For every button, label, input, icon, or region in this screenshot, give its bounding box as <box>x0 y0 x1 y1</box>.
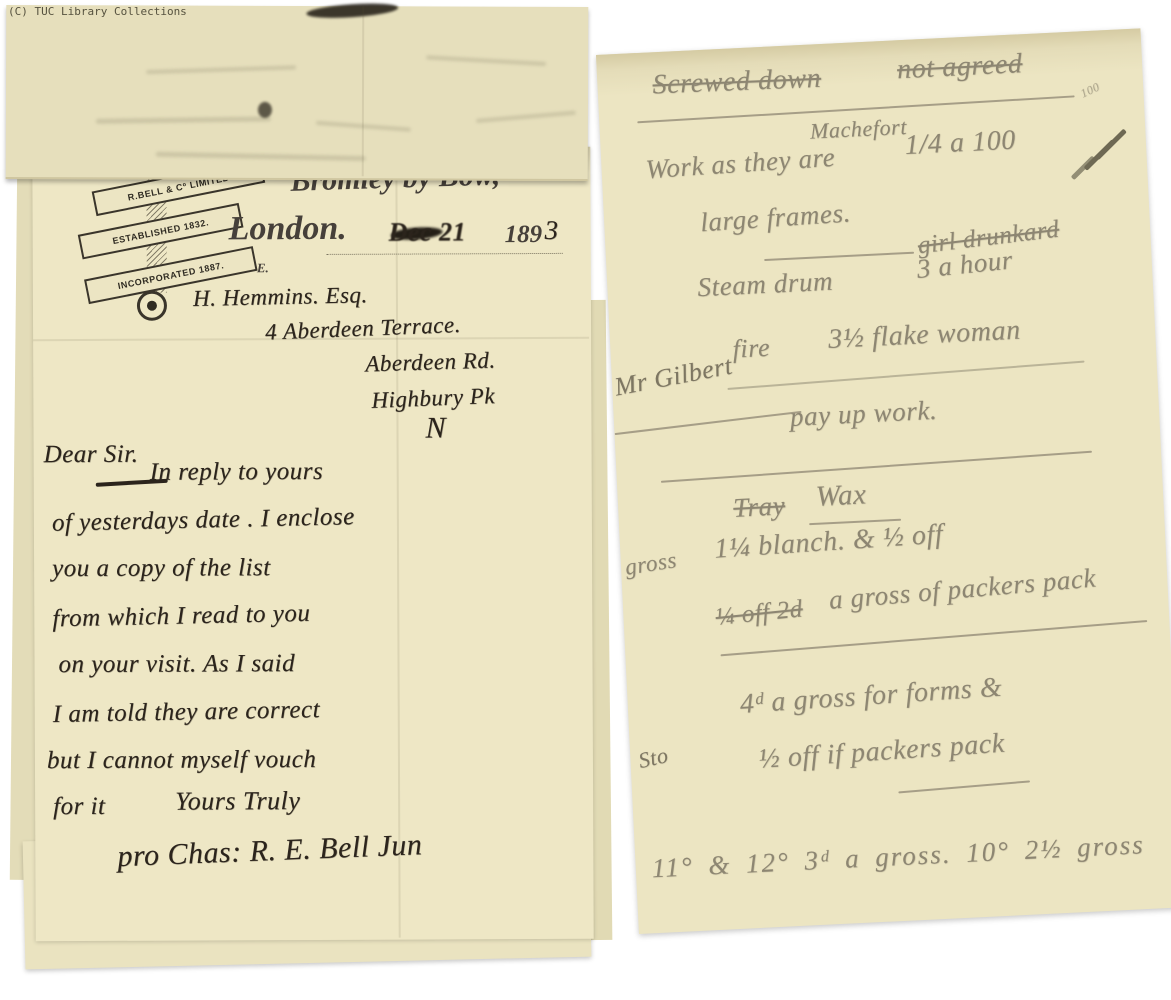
note-wax: Wax <box>815 478 867 513</box>
pencil-rule <box>661 451 1092 483</box>
note-work-right: 1/4 a 100 <box>904 125 1017 162</box>
bleedthrough-mark <box>96 116 271 123</box>
folded-sheet-top <box>6 5 589 181</box>
margin-gilbert: Mr Gilbert <box>612 351 735 403</box>
body-line-5: on your visit. As I said <box>58 650 295 679</box>
bleedthrough-mark <box>476 111 576 123</box>
date-dotted-rule <box>327 253 563 255</box>
struck-tray: Tray <box>733 490 786 523</box>
salutation: Dear Sir. <box>44 441 139 469</box>
note-bottom: 11° & 12° 3ᵈ a gross. 10° 2½ gross <box>651 829 1145 884</box>
ink-spot <box>258 102 272 118</box>
signature: pro Chas: R. E. Bell Jun <box>117 828 423 874</box>
pencil-dash <box>764 252 914 261</box>
pencil-rule <box>615 411 802 435</box>
body-line-7: but I cannot myself vouch <box>47 746 316 775</box>
bleedthrough-mark <box>426 55 546 66</box>
hatch-mark <box>1071 155 1096 180</box>
note-fire-left: fire <box>732 333 771 365</box>
body-line-6: I am told they are correct <box>53 696 321 729</box>
recipient-address-1: 4 Aberdeen Terrace. <box>265 312 462 346</box>
note-machefort: Machefort <box>809 114 907 145</box>
bleedthrough-mark <box>156 152 366 161</box>
company-ribbon-logo: R.BELL & Cº LIMITED ESTABLISHED 1832. IN… <box>70 162 261 343</box>
note-frames: large frames. <box>699 197 852 238</box>
closing-left: for it <box>53 793 105 821</box>
letter-sheet: R.BELL & Cº LIMITED ESTABLISHED 1832. IN… <box>32 147 593 941</box>
note-blanch: 1¼ blanch. & ½ off <box>713 519 944 566</box>
pencil-rule <box>721 620 1148 656</box>
vertical-crease <box>395 148 400 938</box>
closing-right: Yours Truly <box>175 786 300 817</box>
notes-sheet: Screwed down not agreed Machefort 100 Wo… <box>596 28 1171 934</box>
copyright-watermark: (C) TUC Library Collections <box>8 5 187 18</box>
logo-drop-seal <box>137 291 167 321</box>
pencil-rule <box>898 780 1030 793</box>
body-line-4: from which I read to you <box>52 600 311 634</box>
fold-crease <box>362 6 365 176</box>
note-packers: a gross of packers pack <box>828 563 1097 616</box>
letterhead-district: E. <box>257 260 269 276</box>
note-steam-left: Steam drum <box>697 266 834 304</box>
pencil-rule <box>727 361 1084 390</box>
scanned-document: (C) TUC Library Collections R.BELL & Cº … <box>0 0 1171 1000</box>
bleedthrough-mark <box>146 65 296 74</box>
note-pay: pay up work. <box>789 395 938 433</box>
handwritten-year-digit: 3 <box>545 215 559 246</box>
body-line-2: of yesterdays date . I enclose <box>52 503 355 538</box>
recipient-address-2: Aberdeen Rd. <box>365 348 496 378</box>
handwritten-date-day: Dec 21 <box>389 217 466 247</box>
recipient-district: N <box>425 411 446 445</box>
margin-sto: Sto <box>636 742 671 774</box>
margin-gross: gross <box>623 547 678 581</box>
note-work-left: Work as they are <box>645 142 836 186</box>
body-line-3: you a copy of the list <box>52 554 271 583</box>
note-fire-right: 3½ flake woman <box>827 315 1021 356</box>
recipient-address-3: Highbury Pk <box>371 383 496 414</box>
body-line-1: In reply to yours <box>150 458 324 487</box>
corner-scribble: 100 <box>1078 79 1102 101</box>
ink-smear <box>306 1 399 20</box>
hatch-mark <box>1095 129 1127 161</box>
recipient-name: H. Hemmins. Esq. <box>193 282 368 312</box>
note-forms: 4ᵈ a gross for forms & <box>739 672 1003 721</box>
struck-heading-right: not agreed <box>896 48 1023 86</box>
struck-heading-left: Screwed down <box>652 63 822 102</box>
struck-off: ¼ off 2d <box>714 595 804 632</box>
letterhead-city: London. <box>229 210 347 249</box>
printed-year-prefix: 189 <box>505 221 543 249</box>
note-half-off: ½ off if packers pack <box>758 728 1006 776</box>
